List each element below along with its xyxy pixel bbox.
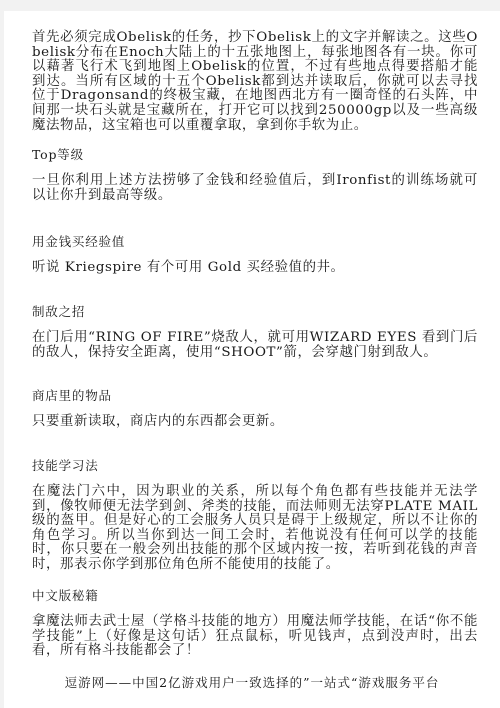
section-buy-experience: 用金钱买经验值 听说 Kriegspire 有个可用 Gold 买经验值的井。 <box>32 235 478 276</box>
section-chinese-cheats: 中文版秘籍 拿魔法师去武士屋（学格斗技能的地方）用魔法师学技能，在话“你不能学技… <box>32 589 478 659</box>
document-page: 首先必须完成Obelisk的任务，抄下Obelisk上的文字并解读之。这些Obe… <box>4 11 500 708</box>
section-heading: 技能学习法 <box>32 459 478 473</box>
section-heading: 商店里的物品 <box>32 389 478 403</box>
section-heading: 用金钱买经验值 <box>32 235 478 249</box>
section-body: 拿魔法师去武士屋（学格斗技能的地方）用魔法师学技能，在话“你不能学技能”上（好像… <box>32 615 478 659</box>
section-body: 在魔法门六中，因为职业的关系，所以每个角色都有些技能并无法学到，像牧师便无法学到… <box>32 485 478 573</box>
section-body: 只要重新读取，商店内的东西都会更新。 <box>32 415 478 430</box>
section-heading: 制敌之招 <box>32 305 478 319</box>
section-body: 听说 Kriegspire 有个可用 Gold 买经验值的井。 <box>32 261 478 276</box>
section-body: 在门后用“RING OF FIRE”烧敌人，就可用WIZARD EYES 看到门… <box>32 331 478 360</box>
section-heading: Top等级 <box>32 148 478 162</box>
intro-paragraph: 首先必须完成Obelisk的任务，抄下Obelisk上的文字并解读之。这些Obe… <box>32 31 478 133</box>
section-top-level: Top等级 一旦你利用上述方法捞够了金钱和经验值后，到Ironfist的训练场就… <box>32 148 478 203</box>
intro-section: 首先必须完成Obelisk的任务，抄下Obelisk上的文字并解读之。这些Obe… <box>32 31 478 133</box>
section-heading: 中文版秘籍 <box>32 589 478 603</box>
section-shop-items: 商店里的物品 只要重新读取，商店内的东西都会更新。 <box>32 389 478 430</box>
footer-slogan: 逗游网——中国2亿游戏用户一致选择的”一站式“游戏服务平台 <box>4 673 500 691</box>
section-skill-learning: 技能学习法 在魔法门六中，因为职业的关系，所以每个角色都有些技能并无法学到，像牧… <box>32 459 478 573</box>
section-body: 一旦你利用上述方法捞够了金钱和经验值后，到Ironfist的训练场就可以让你升到… <box>32 174 478 203</box>
section-enemy-tactics: 制敌之招 在门后用“RING OF FIRE”烧敌人，就可用WIZARD EYE… <box>32 305 478 360</box>
